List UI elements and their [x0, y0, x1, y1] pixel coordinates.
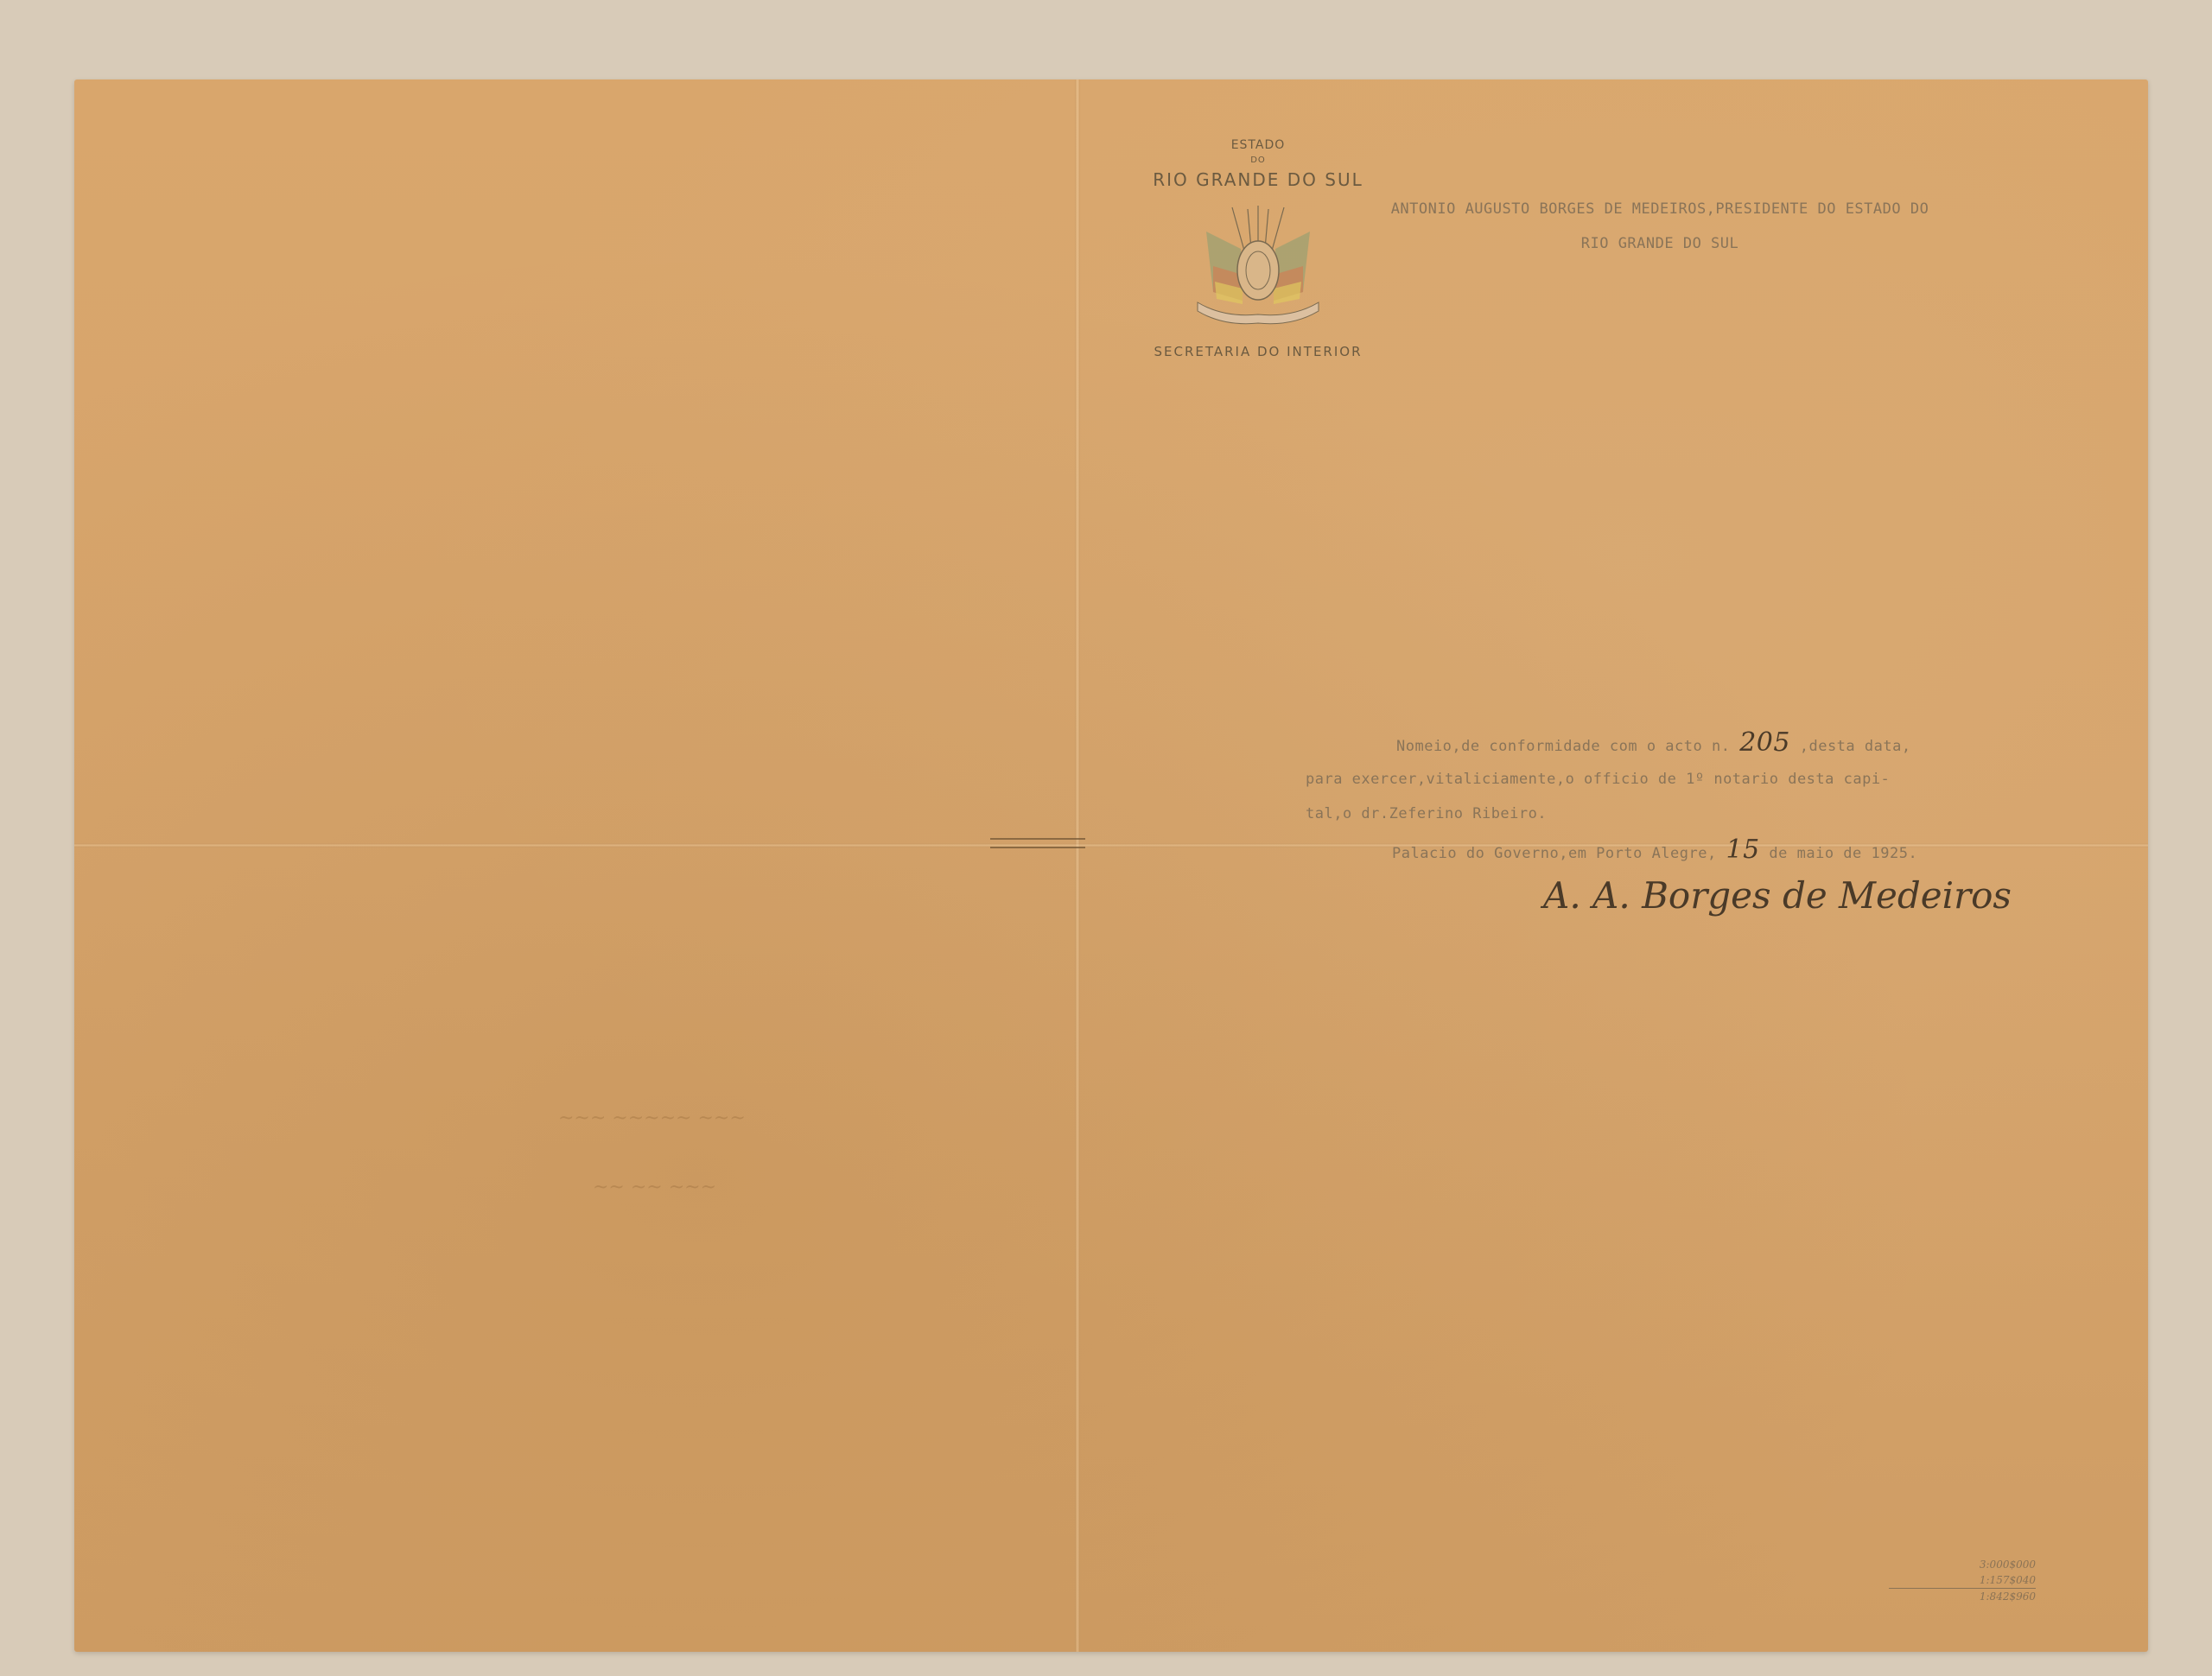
pencil-note: 1:157$040: [1915, 1572, 2036, 1588]
day-number: 15: [1726, 835, 1759, 865]
closing-text: Palacio do Governo,em Porto Alegre,: [1392, 845, 1717, 862]
pencil-note: 3:000$000: [1915, 1557, 2036, 1572]
body-line-2: para exercer,vitaliciamente,o officio de…: [1306, 771, 1890, 788]
letterhead-do: DO: [1111, 156, 1405, 165]
letterhead: ESTADO DO RIO GRANDE DO SUL SECRETARIA D…: [1111, 131, 1405, 390]
letterhead-estado: ESTADO: [1111, 138, 1405, 152]
body-text: Nomeio,de conformidade com o acto n.: [1396, 738, 1730, 755]
ink-marks: [990, 831, 1085, 857]
coat-of-arms-icon: [1189, 197, 1327, 335]
bleed-through-text: ~~~ ~~~~~ ~~~: [558, 1108, 746, 1129]
signature: A. A. Borges de Medeiros: [1543, 874, 2131, 961]
letterhead-department: SECRETARIA DO INTERIOR: [1111, 344, 1405, 359]
pencil-notes: 3:000$000 1:157$040 1:842$960: [1915, 1557, 2036, 1604]
pencil-note: 1:842$960: [1915, 1589, 2036, 1604]
heading-line-1: ANTONIO AUGUSTO BORGES DE MEDEIROS,PRESI…: [1241, 200, 2079, 218]
body-text: ,desta data,: [1800, 738, 1911, 755]
document-sheet: ~~~ ~~~~~ ~~~ ~~ ~~ ~~~ ESTADO DO RIO GR…: [74, 79, 2148, 1652]
body-line-1: Nomeio,de conformidade com o acto n. 205…: [1396, 727, 1911, 758]
act-number: 205: [1739, 727, 1790, 758]
vertical-fold: [1075, 79, 1080, 1652]
letterhead-state-name: RIO GRANDE DO SUL: [1111, 169, 1405, 190]
body-line-3: tal,o dr.Zeferino Ribeiro.: [1306, 805, 1547, 822]
closing-line: Palacio do Governo,em Porto Alegre, 15 d…: [1392, 835, 1917, 865]
bleed-through-text: ~~ ~~ ~~~: [593, 1177, 716, 1198]
heading-line-2: RIO GRANDE DO SUL: [1241, 235, 2079, 252]
closing-text: de maio de 1925.: [1769, 845, 1917, 862]
